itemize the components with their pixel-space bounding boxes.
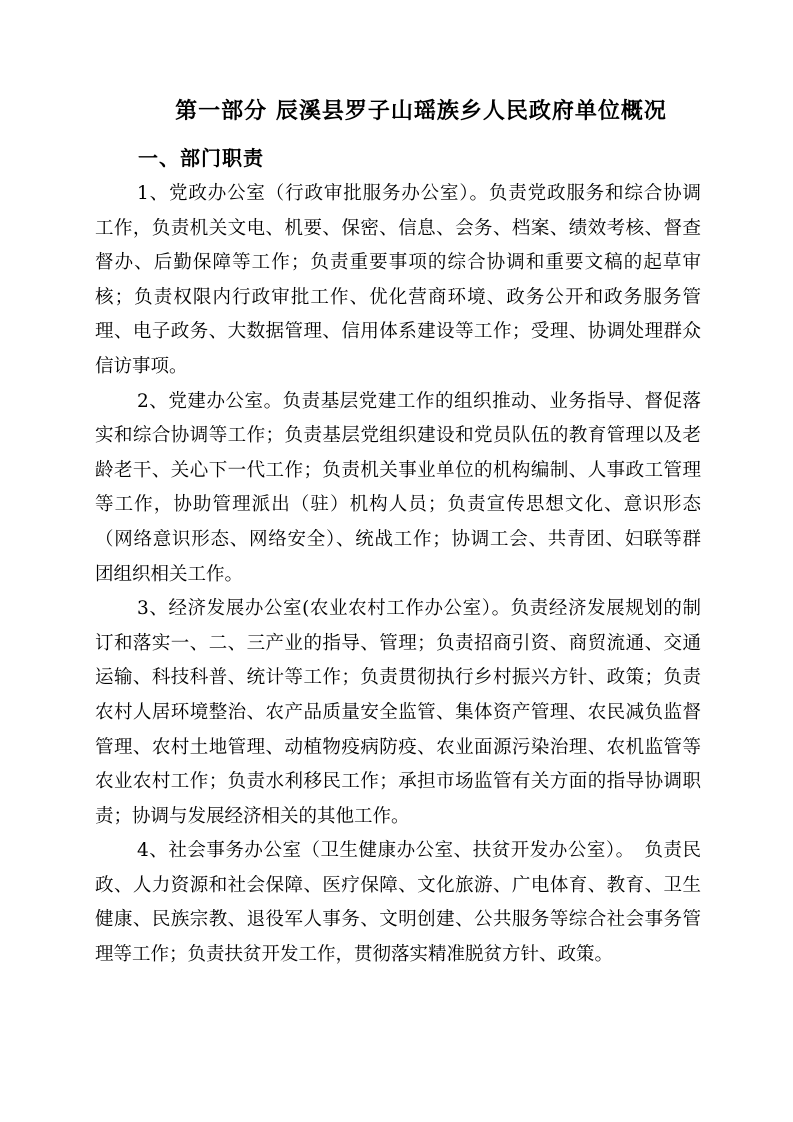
paragraph-line: 管理、农村土地管理、动植物疫病防疫、农业面源污染治理、农机监管等 (95, 731, 701, 766)
document-title: 第一部分 辰溪县罗子山瑶族乡人民政府单位概况 (95, 0, 701, 127)
paragraph-line: 农业农村工作；负责水利移民工作；承担市场监管有关方面的指导协调职 (95, 765, 701, 800)
paragraph-line: 工作，负责机关文电、机要、保密、信息、会务、档案、绩效考核、督查 (95, 212, 701, 247)
paragraph-line: 订和落实一、二、三产业的指导、管理；负责招商引资、商贸流通、交通 (95, 627, 701, 662)
paragraph-line: 信访事项。 (95, 350, 701, 385)
paragraph-line: 3、经济发展办公室(农业农村工作办公室）。负责经济发展规划的制 (95, 592, 701, 627)
paragraph-line: 健康、民族宗教、退役军人事务、文明创建、公共服务等综合社会事务管 (95, 903, 701, 938)
section-heading: 一、部门职责 (138, 143, 701, 173)
paragraph-line: 2、党建办公室。负责基层党建工作的组织推动、业务指导、督促落 (95, 385, 701, 420)
paragraph-line: 督办、后勤保障等工作；负责重要事项的综合协调和重要文稿的起草审 (95, 246, 701, 281)
paragraph-3: 3、经济发展办公室(农业农村工作办公室）。负责经济发展规划的制 订和落实一、二、… (95, 592, 701, 834)
paragraph-line: 理等工作；负责扶贫开发工作，贯彻落实精准脱贫方针、政策。 (95, 938, 701, 973)
paragraph-line: 农村人居环境整治、农产品质量安全监管、集体资产管理、农民减负监督 (95, 696, 701, 731)
document-page: 第一部分 辰溪县罗子山瑶族乡人民政府单位概况 一、部门职责 1、党政办公室（行政… (0, 0, 793, 1122)
paragraph-line: 龄老干、关心下一代工作；负责机关事业单位的机构编制、人事政工管理 (95, 454, 701, 489)
paragraph-line: 理、电子政务、大数据管理、信用体系建设等工作；受理、协调处理群众 (95, 315, 701, 350)
paragraph-1: 1、党政办公室（行政审批服务办公室）。负责党政服务和综合协调 工作，负责机关文电… (95, 177, 701, 385)
paragraph-2: 2、党建办公室。负责基层党建工作的组织推动、业务指导、督促落 实和综合协调等工作… (95, 385, 701, 593)
paragraph-line: 等工作，协助管理派出（驻）机构人员；负责宣传思想文化、意识形态 (95, 488, 701, 523)
paragraph-line: 政、人力资源和社会保障、医疗保障、文化旅游、广电体育、教育、卫生 (95, 869, 701, 904)
paragraph-line: （网络意识形态、网络安全）、统战工作；协调工会、共青团、妇联等群 (95, 523, 701, 558)
paragraph-line: 责；协调与发展经济相关的其他工作。 (95, 800, 701, 835)
paragraph-line: 实和综合协调等工作；负责基层党组织建设和党员队伍的教育管理以及老 (95, 419, 701, 454)
paragraph-line: 团组织相关工作。 (95, 558, 701, 593)
paragraph-line: 1、党政办公室（行政审批服务办公室）。负责党政服务和综合协调 (95, 177, 701, 212)
paragraph-line: 4、社会事务办公室（卫生健康办公室、扶贫开发办公室）。 负责民 (95, 834, 701, 869)
paragraph-line: 运输、科技科普、统计等工作；负责贯彻执行乡村振兴方针、政策；负责 (95, 661, 701, 696)
paragraph-4: 4、社会事务办公室（卫生健康办公室、扶贫开发办公室）。 负责民 政、人力资源和社… (95, 834, 701, 972)
document-content: 第一部分 辰溪县罗子山瑶族乡人民政府单位概况 一、部门职责 1、党政办公室（行政… (95, 0, 701, 973)
paragraph-line: 核；负责权限内行政审批工作、优化营商环境、政务公开和政务服务管 (95, 281, 701, 316)
